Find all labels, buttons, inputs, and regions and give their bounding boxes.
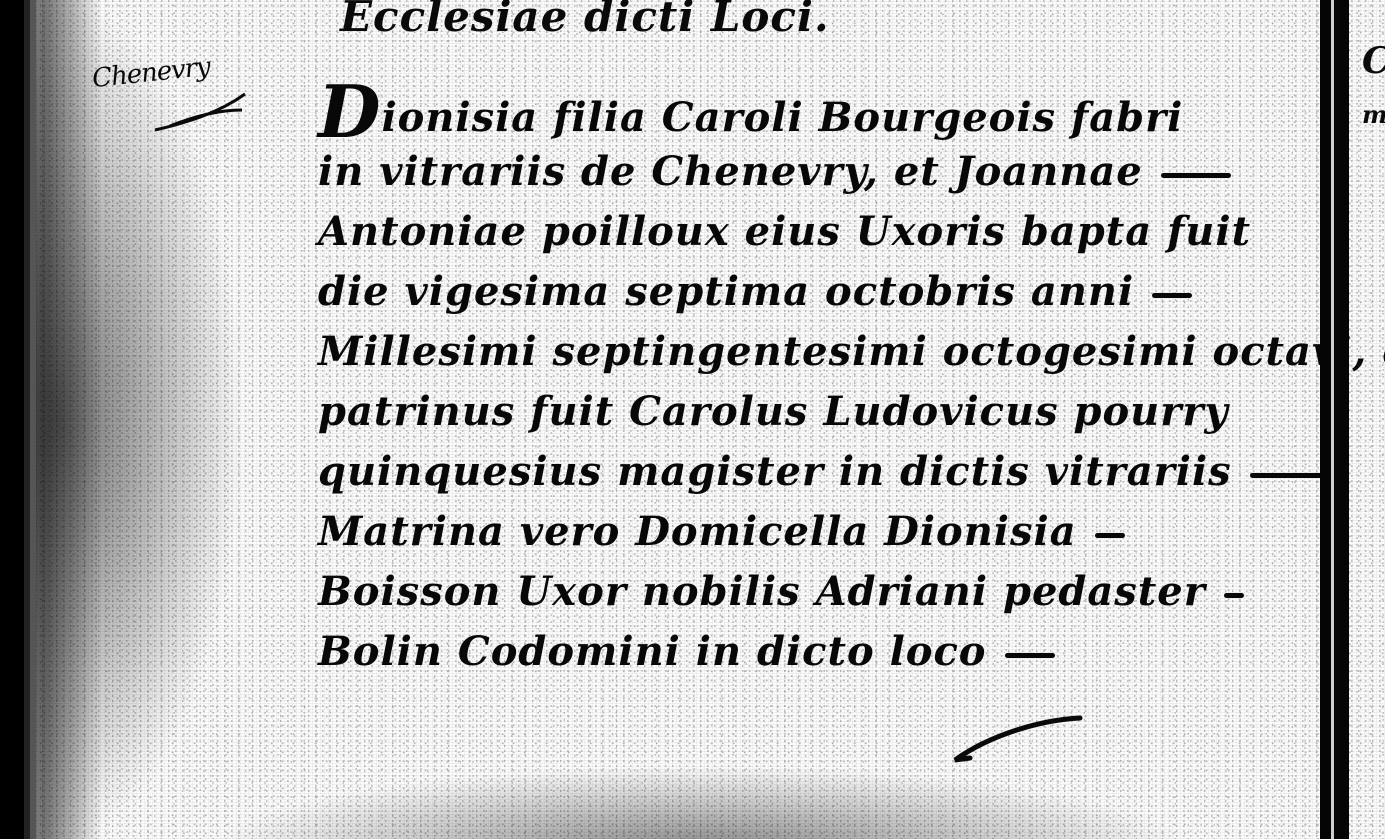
right-border-rule	[1334, 0, 1349, 839]
entry-line-text: die vigesima septima octobris anni	[318, 268, 1134, 315]
previous-entry-tail: Ecclesiae dicti Loci.	[340, 0, 830, 41]
line-filler-dash	[1161, 173, 1231, 178]
line-filler-dash	[1250, 473, 1330, 478]
entry-line-text: ionisia filia Caroli Bourgeois fabri	[381, 94, 1183, 141]
adjacent-page-letter: C	[1362, 40, 1385, 82]
entry-line-1: Dionisia filia Caroli Bourgeois fabri	[318, 82, 1308, 142]
entry-line-5: Millesimi septingentesimi octogesimi oct…	[318, 322, 1308, 382]
entry-line-7: quinquesius magister in dictis vitrariis	[318, 442, 1308, 502]
entry-line-text: Matrina vero Domicella Dionisia	[318, 508, 1077, 555]
entry-line-3: Antoniae poilloux eius Uxoris bapta fuit	[318, 202, 1308, 262]
right-border-rule	[1320, 0, 1331, 839]
binding-shadow	[42, 0, 102, 839]
entry-line-text: Bolin Codomini in dicto loco	[318, 628, 987, 675]
binding-edge	[0, 0, 42, 839]
entry-line-2: in vitrariis de Chenevry, et Joannae	[318, 142, 1308, 202]
entry-line-8: Matrina vero Domicella Dionisia	[318, 502, 1308, 562]
entry-line-text: patrinus fuit Carolus Ludovicus pourry	[318, 388, 1229, 435]
entry-line-6: patrinus fuit Carolus Ludovicus pourry	[318, 382, 1308, 442]
baptism-entry: Dionisia filia Caroli Bourgeois fabri in…	[318, 82, 1308, 682]
entry-line-text: quinquesius magister in dictis vitrariis	[318, 448, 1232, 495]
entry-line-text: Millesimi septingentesimi octogesimi oct…	[318, 328, 1385, 375]
entry-line-text: in vitrariis de Chenevry, et Joannae	[318, 148, 1143, 195]
entry-line-text: Boisson Uxor nobilis Adriani pedaster	[318, 568, 1206, 615]
entry-line-text: Antoniae poilloux eius Uxoris bapta fuit	[318, 208, 1251, 255]
entry-line-9: Boisson Uxor nobilis Adriani pedaster	[318, 562, 1308, 622]
adjacent-page-letter: m	[1362, 100, 1385, 129]
entry-line-10: Bolin Codomini in dicto loco	[318, 622, 1308, 682]
line-filler-dash	[1095, 533, 1125, 538]
line-filler-dash	[1224, 593, 1244, 598]
entry-line-4: die vigesima septima octobris anni	[318, 262, 1308, 322]
line-filler-dash	[1152, 293, 1192, 298]
margin-flourish-icon	[150, 92, 250, 132]
line-filler-dash	[1005, 653, 1055, 658]
closing-flourish-icon	[940, 710, 1090, 770]
margin-note: Chenevry	[91, 52, 211, 94]
manuscript-page: Ecclesiae dicti Loci. Chenevry Dionisia …	[0, 0, 1385, 839]
